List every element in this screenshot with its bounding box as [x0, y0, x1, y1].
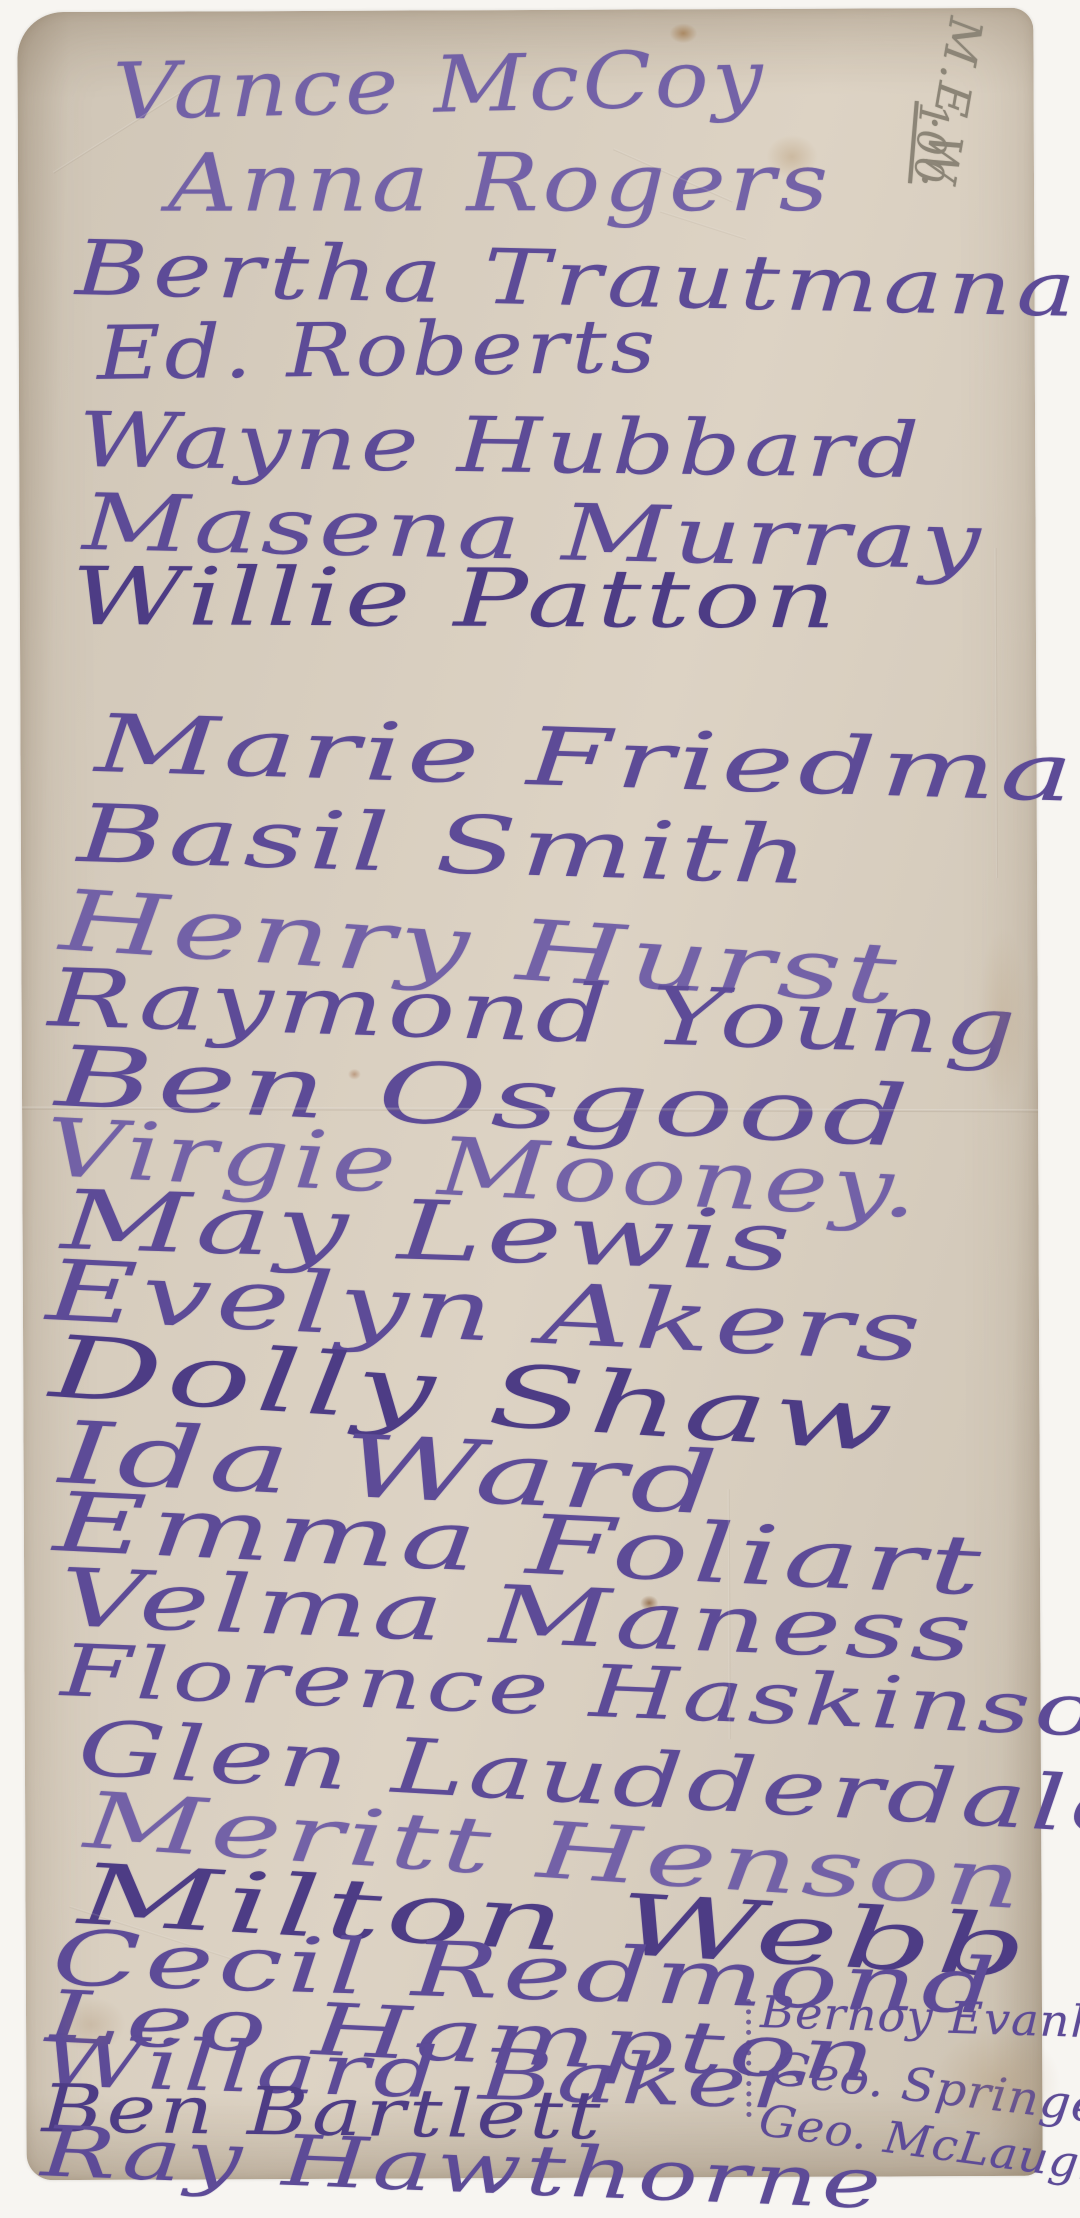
handwritten-name-line: Ed. Roberts — [97, 310, 660, 391]
stain — [348, 1069, 361, 1080]
stain — [56, 1997, 126, 2052]
crease-line — [995, 548, 998, 878]
handwritten-name-line: Vance McCoy — [112, 40, 767, 132]
handwritten-name-line: Anna Rogers — [168, 143, 832, 224]
stain — [766, 135, 818, 179]
stain — [669, 23, 697, 43]
handwritten-name-line: Wayne Hubbard — [78, 402, 923, 489]
pencil-number: 100 — [907, 101, 954, 186]
scan-background: { "colors": { "scan_background": "#f7f5f… — [0, 0, 1080, 2218]
handwritten-name-line: Willie Patton — [71, 557, 840, 640]
stain — [640, 1595, 658, 1610]
stain — [931, 2028, 1061, 2139]
handwritten-list-paper: M.E.W. 100 Vance McCoy Anna Rogers Berth… — [17, 8, 1042, 2180]
dotted-separator — [746, 1999, 752, 2117]
stain — [977, 928, 1028, 1108]
